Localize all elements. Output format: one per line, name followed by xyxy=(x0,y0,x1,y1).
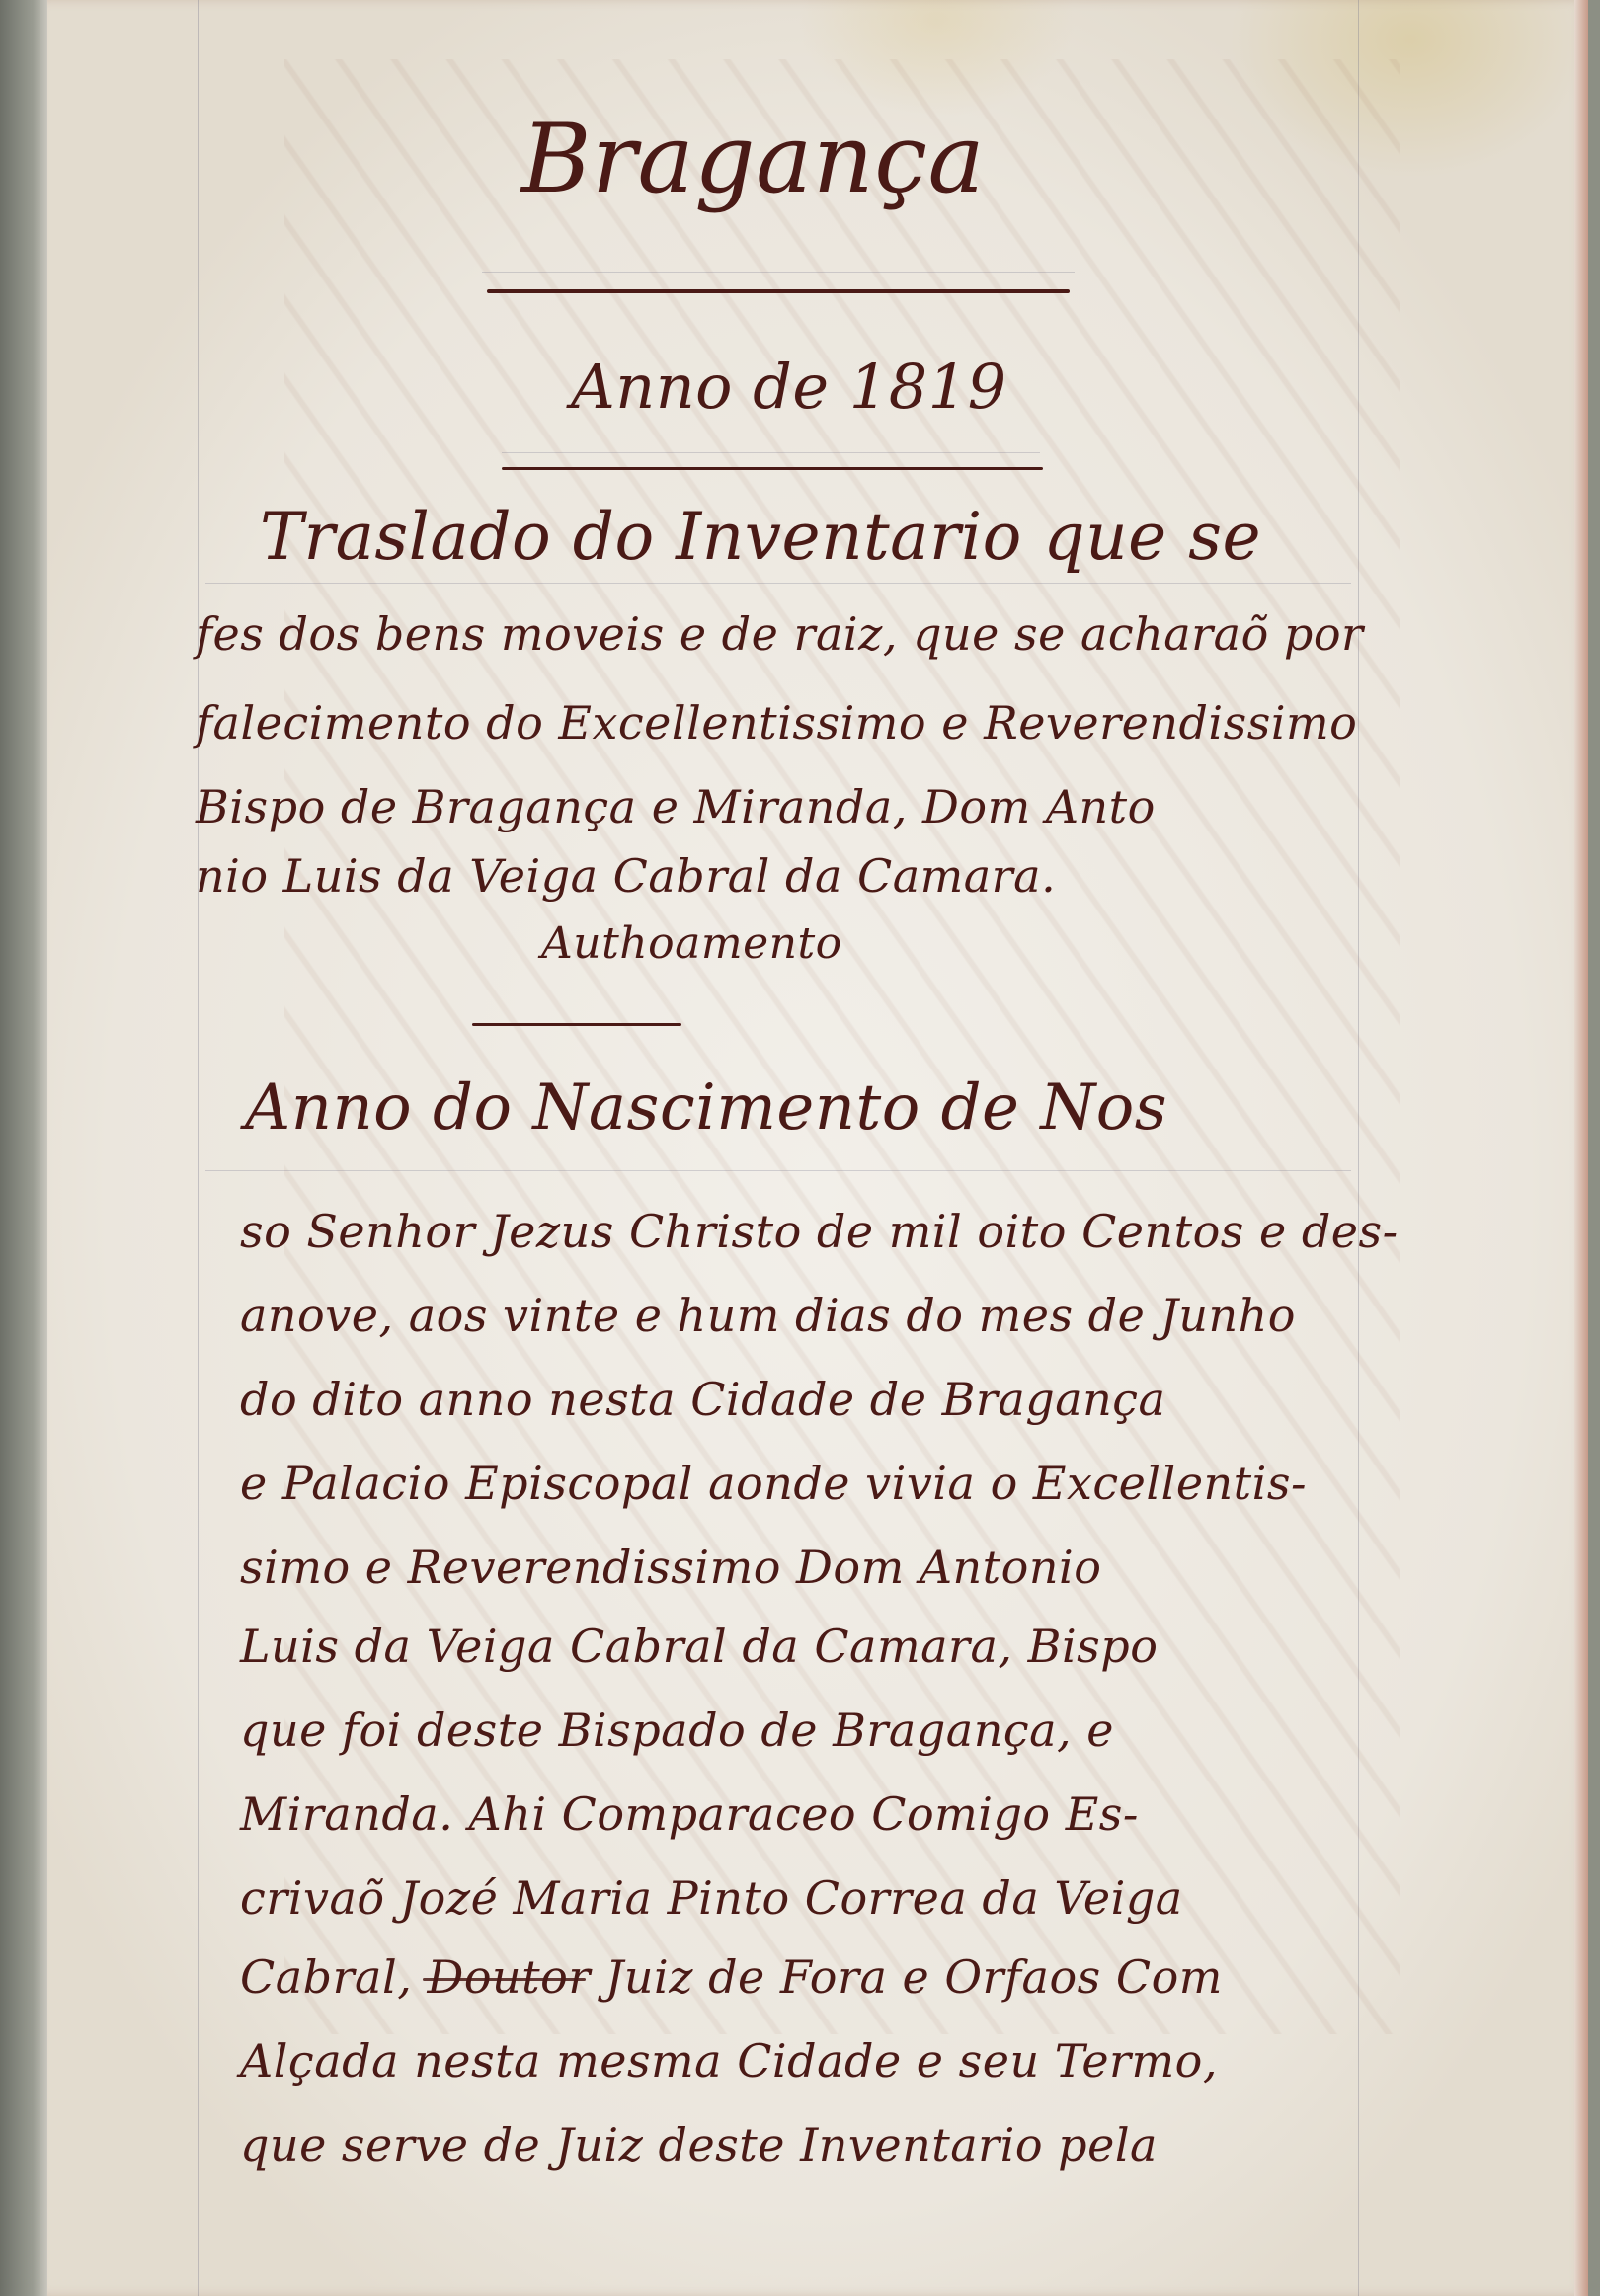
body-line-11: Alçada nesta mesma Cidade e seu Termo, xyxy=(240,2034,1218,2088)
left-margin-rule xyxy=(198,0,199,2296)
binding-shadow xyxy=(0,0,47,2296)
body-line-6: Luis da Veiga Cabral da Camara, Bispo xyxy=(240,1620,1158,1673)
body-line-1: so Senhor Jezus Christo de mil oito Cent… xyxy=(240,1205,1399,1258)
body-opening: Anno do Nascimento de Nos xyxy=(245,1071,1167,1145)
page-edge xyxy=(1574,0,1588,2296)
section-underline xyxy=(472,1023,681,1026)
manuscript-page: Bragança Anno de 1819 Traslado do Invent… xyxy=(47,0,1588,2296)
year-underline xyxy=(502,467,1043,470)
body-line-8: Miranda. Ahi Comparaceo Comigo Es- xyxy=(240,1787,1139,1841)
document-heading: Traslado do Inventario que se xyxy=(260,499,1261,575)
body-line-2: anove, aos vinte e hum dias do mes de Ju… xyxy=(240,1289,1296,1342)
heading-line-3: Bispo de Bragança e Miranda, Dom Anto xyxy=(196,780,1156,833)
body-underline xyxy=(423,1978,586,1981)
guide-rule xyxy=(205,583,1351,584)
body-line-10: Cabral, Doutor Juiz de Fora e Orfaos Com xyxy=(240,1950,1223,2004)
heading-line-1: fes dos bens moveis e de raiz, que se ac… xyxy=(196,607,1364,661)
body-line-12: que serve de Juiz deste Inventario pela xyxy=(240,2118,1158,2172)
heading-line-4: nio Luis da Veiga Cabral da Camara. xyxy=(196,849,1056,903)
heading-line-2: falecimento do Excellentissimo e Reveren… xyxy=(196,696,1357,750)
body-line-9: crivaõ Jozé Maria Pinto Correa da Veiga xyxy=(240,1871,1183,1925)
guide-rule xyxy=(502,452,1040,453)
body-line-5: simo e Reverendissimo Dom Antonio xyxy=(240,1541,1101,1594)
body-line-4: e Palacio Episcopal aonde vivia o Excell… xyxy=(240,1457,1307,1510)
year-heading: Anno de 1819 xyxy=(571,351,1007,423)
body-line-3: do dito anno nesta Cidade de Bragança xyxy=(240,1373,1165,1426)
body-line-7: que foi deste Bispado de Bragança, e xyxy=(240,1703,1114,1757)
title-underline xyxy=(487,289,1070,293)
guide-rule xyxy=(482,272,1075,273)
guide-rule xyxy=(205,1170,1351,1171)
section-heading: Authoamento xyxy=(541,918,842,969)
document-title: Bragança xyxy=(521,104,985,214)
